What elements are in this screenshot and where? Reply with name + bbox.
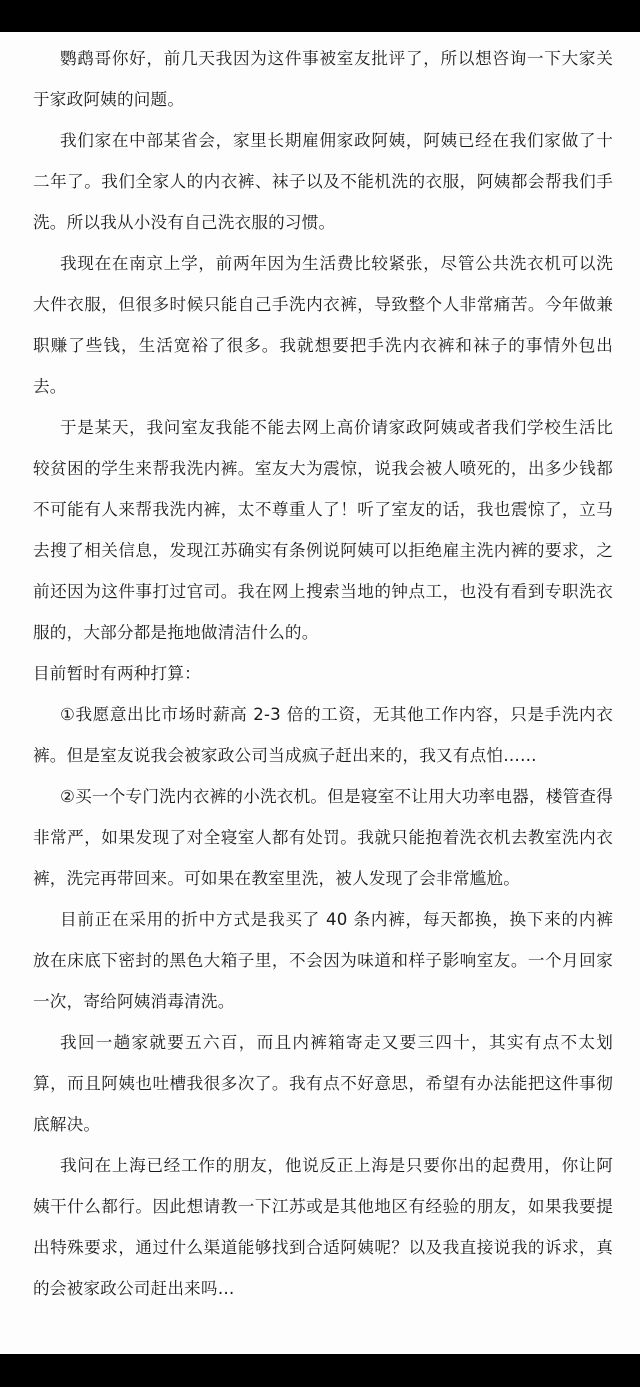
- paragraph-cost: 我回一趟家就要五六百，而且内裤箱寄走又要三四十，其实有点不太划算，而且阿姨也吐槽…: [33, 1022, 613, 1145]
- paragraph-greeting: 鹦鹉哥你好，前几天我因为这件事被室友批评了，所以想咨询一下大家关于家政阿姨的问题…: [33, 38, 613, 120]
- paragraph-plan-two: ②买一个专门洗内衣裤的小洗衣机。但是寝室不让用大功率电器，楼管查得非常严，如果发…: [33, 776, 613, 899]
- paragraph-plan-one: ①我愿意出比市场时薪高 2-3 倍的工资，无其他工作内容，只是手洗内衣裤。但是室…: [33, 694, 613, 776]
- paragraph-family-background: 我们家在中部某省会，家里长期雇佣家政阿姨，阿姨已经在我们家做了十二年了。我们全家…: [33, 120, 613, 243]
- paragraph-school-situation: 我现在在南京上学，前两年因为生活费比较紧张，尽管公共洗衣机可以洗大件衣服，但很多…: [33, 243, 613, 407]
- paragraph-plans-heading: 目前暂时有两种打算：: [33, 653, 613, 694]
- paragraph-question: 我问在上海已经工作的朋友，他说反正上海是只要你出的起费用，你让阿姨干什么都行。因…: [33, 1145, 613, 1309]
- paragraph-current-approach: 目前正在采用的折中方式是我买了 40 条内裤，每天都换，换下来的内裤放在床底下密…: [33, 899, 613, 1022]
- top-black-bar: [0, 0, 640, 32]
- document-page: 鹦鹉哥你好，前几天我因为这件事被室友批评了，所以想咨询一下大家关于家政阿姨的问题…: [0, 32, 640, 1354]
- bottom-black-bar: [0, 1354, 640, 1387]
- document-body: 鹦鹉哥你好，前几天我因为这件事被室友批评了，所以想咨询一下大家关于家政阿姨的问题…: [33, 38, 613, 1309]
- paragraph-roommate-reaction: 于是某天，我问室友我能不能去网上高价请家政阿姨或者我们学校生活比较贫困的学生来帮…: [33, 407, 613, 653]
